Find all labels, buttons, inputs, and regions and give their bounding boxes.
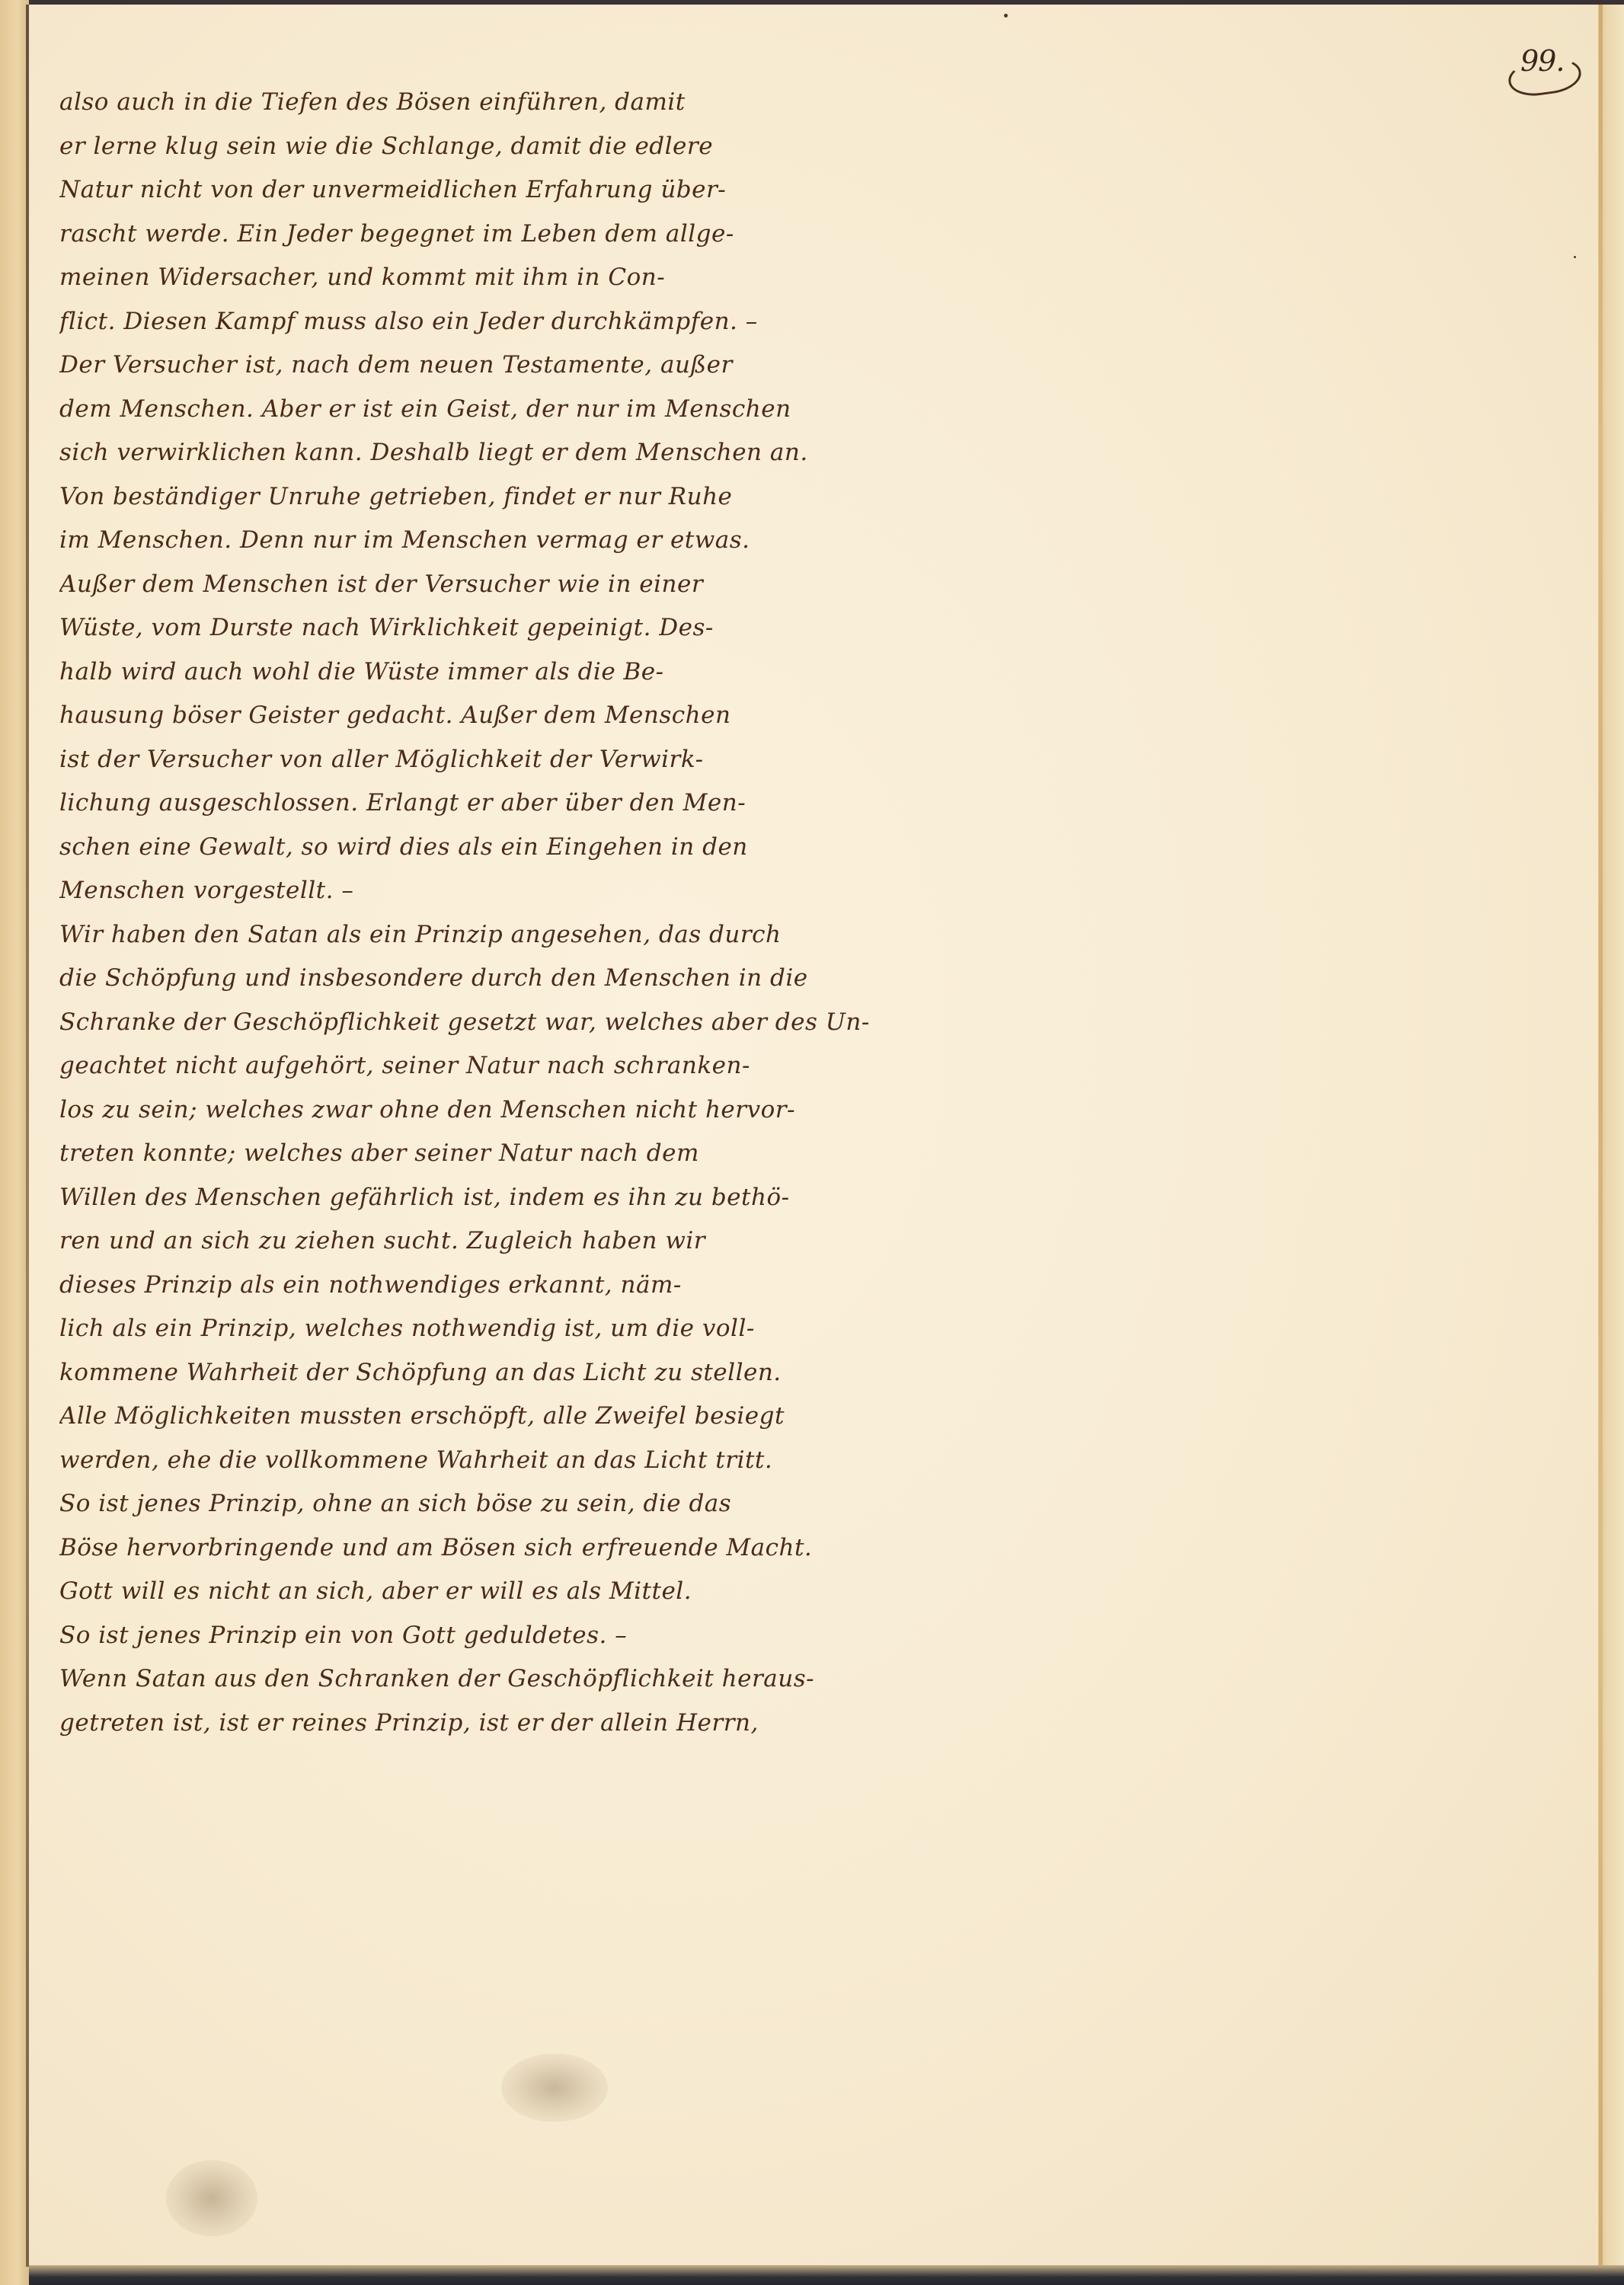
manuscript-line-9: sich verwirklichen kann. Deshalb liegt e… [59,431,882,475]
manuscript-line-15: hausung böser Geister gedacht. Außer dem… [59,694,882,738]
page-edge-stain [1599,5,1603,2265]
paper-speck [1004,14,1008,18]
manuscript-line-6: flict. Diesen Kampf muss also ein Jeder … [59,300,882,344]
manuscript-line-19: Menschen vorgestellt. – [59,869,882,913]
manuscript-line-34: Böse hervorbringende und am Bösen sich e… [59,1526,882,1571]
manuscript-line-37: Wenn Satan aus den Schranken der Geschöp… [59,1657,882,1702]
ink-smudge [501,2053,608,2122]
manuscript-line-21: die Schöpfung und insbesondere durch den… [59,957,882,1001]
manuscript-line-5: meinen Widersacher, und kommt mit ihm in… [59,256,882,300]
manuscript-line-32: werden, ehe die vollkommene Wahrheit an … [59,1439,882,1483]
manuscript-line-36: So ist jenes Prinzip ein von Gott geduld… [59,1614,882,1658]
paper-speck [1574,256,1576,258]
manuscript-line-3: Natur nicht von der unvermeidlichen Erfa… [59,168,882,213]
handwritten-text-block: also auch in die Tiefen des Bösen einfüh… [59,81,882,1745]
manuscript-line-4: rascht werde. Ein Jeder begegnet im Lebe… [59,213,882,257]
manuscript-line-18: schen eine Gewalt, so wird dies als ein … [59,826,882,870]
manuscript-line-12: Außer dem Menschen ist der Versucher wie… [59,563,882,607]
manuscript-line-31: Alle Möglichkeiten mussten erschöpft, al… [59,1395,882,1439]
manuscript-line-8: dem Menschen. Aber er ist ein Geist, der… [59,388,882,432]
manuscript-line-20: Wir haben den Satan als ein Prinzip ange… [59,913,882,957]
manuscript-line-38: getreten ist, ist er reines Prinzip, ist… [59,1702,882,1746]
manuscript-line-22: Schranke der Geschöpflichkeit gesetzt wa… [59,1001,882,1045]
manuscript-line-25: treten konnte; welches aber seiner Natur… [59,1132,882,1176]
manuscript-line-16: ist der Versucher von aller Möglichkeit … [59,738,882,782]
manuscript-line-33: So ist jenes Prinzip, ohne an sich böse … [59,1482,882,1526]
manuscript-line-11: im Menschen. Denn nur im Menschen vermag… [59,519,882,563]
adjacent-page-strip [0,0,29,2285]
manuscript-line-23: geachtet nicht aufgehört, seiner Natur n… [59,1044,882,1088]
manuscript-line-13: Wüste, vom Durste nach Wirklichkeit gepe… [59,606,882,650]
manuscript-scan: 99. also auch in die Tiefen des Bösen ei… [0,0,1624,2285]
manuscript-page: 99. also auch in die Tiefen des Bösen ei… [29,5,1598,2265]
manuscript-line-28: dieses Prinzip als ein nothwendiges erka… [59,1264,882,1308]
page-number: 99. [1514,49,1575,91]
manuscript-line-10: Von beständiger Unruhe getrieben, findet… [59,475,882,519]
manuscript-line-24: los zu sein; welches zwar ohne den Mensc… [59,1088,882,1133]
manuscript-line-30: kommene Wahrheit der Schöpfung an das Li… [59,1351,882,1395]
manuscript-line-35: Gott will es nicht an sich, aber er will… [59,1570,882,1614]
manuscript-line-2: er lerne klug sein wie die Schlange, dam… [59,125,882,169]
ink-smudge [166,2160,257,2236]
manuscript-line-17: lichung ausgeschlossen. Erlangt er aber … [59,781,882,826]
manuscript-line-26: Willen des Menschen gefährlich ist, inde… [59,1176,882,1220]
manuscript-line-7: Der Versucher ist, nach dem neuen Testam… [59,344,882,388]
manuscript-line-29: lich als ein Prinzip, welches nothwendig… [59,1307,882,1351]
manuscript-line-27: ren und an sich zu ziehen sucht. Zugleic… [59,1219,882,1264]
manuscript-line-14: halb wird auch wohl die Wüste immer als … [59,650,882,695]
manuscript-line-1: also auch in die Tiefen des Bösen einfüh… [59,81,882,125]
scan-bottom-border [29,2265,1624,2285]
page-number-oval-mark [1506,55,1583,100]
